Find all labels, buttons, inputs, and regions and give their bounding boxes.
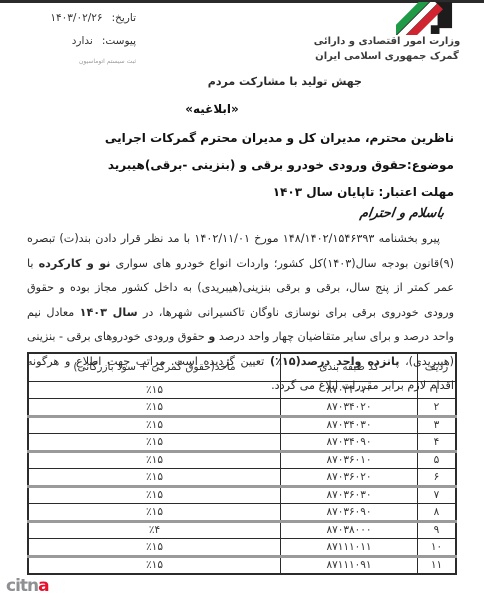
cell-row-number: ۳	[417, 416, 456, 434]
cell-classification-code: ۸۷۰۳۴۰۲۰	[281, 399, 418, 417]
organization-name: گمرک جمهوری اسلامی ایران	[302, 49, 472, 64]
tariff-rates-table: ردیف کد طبقه بندی مأخذ(حقوق گمرکی + سود …	[27, 352, 457, 575]
table-header-row: ردیف کد طبقه بندی مأخذ(حقوق گمرکی + سود …	[28, 353, 456, 381]
subject-line: موضوع:حقوق ورودی خودرو برقی و (بنزینی -ب…	[108, 158, 454, 172]
table-row: ۴۸۷۰۳۴۰۹۰٪۱۵	[28, 434, 456, 452]
validity-line: مهلت اعتبار: تاپایان سال ۱۴۰۳	[273, 185, 454, 199]
cell-classification-code: ۸۷۰۳۶۰۱۰	[281, 451, 418, 469]
table-row: ۹۸۷۰۳۸۰۰۰٪۴	[28, 521, 456, 539]
cell-duty-rate: ٪۱۵	[28, 539, 281, 557]
cell-classification-code: ۸۷۰۳۸۰۰۰	[281, 521, 418, 539]
table-row: ۵۸۷۰۳۶۰۱۰٪۱۵	[28, 451, 456, 469]
body-segment: نو و کارکرده	[39, 257, 111, 270]
cell-row-number: ۵	[417, 451, 456, 469]
cell-classification-code: ۸۷۰۳۴۰۱۰	[281, 381, 418, 399]
cell-row-number: ۱۰	[417, 539, 456, 557]
table-row: ۱۸۷۰۳۴۰۱۰٪۱۵	[28, 381, 456, 399]
cell-classification-code: ۸۷۰۳۶۰۲۰	[281, 469, 418, 487]
body-segment: سال ۱۴۰۳	[80, 306, 138, 319]
date-row: تاریخ:۱۴۰۳/۰۲/۲۶	[0, 12, 136, 24]
cell-classification-code: ۸۷۱۱۱۰۹۱	[281, 556, 418, 574]
cell-row-number: ۱۱	[417, 556, 456, 574]
watermark-text-red: a	[38, 576, 48, 596]
cell-row-number: ۴	[417, 434, 456, 452]
cell-row-number: ۱	[417, 381, 456, 399]
date-label: تاریخ:	[112, 12, 136, 24]
cell-duty-rate: ٪۱۵	[28, 556, 281, 574]
table-row: ۳۸۷۰۳۴۰۳۰٪۱۵	[28, 416, 456, 434]
cell-duty-rate: ٪۱۵	[28, 381, 281, 399]
cell-duty-rate: ٪۱۵	[28, 486, 281, 504]
customs-logo-icon	[396, 2, 454, 35]
cell-duty-rate: ٪۱۵	[28, 451, 281, 469]
cell-row-number: ۲	[417, 399, 456, 417]
issuing-organization: وزارت امور اقتصادی و دارائی گمرک جمهوری …	[302, 34, 472, 64]
table-row: ۱۰۸۷۱۱۱۰۱۱٪۱۵	[28, 539, 456, 557]
body-segment: ۱۴۸/۱۴۰۲/۱۵۴۶۳۹۳	[283, 232, 375, 245]
scanned-customs-circular: وزارت امور اقتصادی و دارائی گمرک جمهوری …	[0, 0, 484, 597]
table-row: ۲۸۷۰۳۴۰۲۰٪۱۵	[28, 399, 456, 417]
cell-row-number: ۷	[417, 486, 456, 504]
addressee-line: ناظرین محترم، مدیران کل و مدیران محترم گ…	[105, 131, 454, 145]
cell-classification-code: ۸۷۰۳۴۰۳۰	[281, 416, 418, 434]
cell-row-number: ۹	[417, 521, 456, 539]
cell-duty-rate: ٪۱۵	[28, 504, 281, 522]
letter-meta: تاریخ:۱۴۰۳/۰۲/۲۶ پیوست:ندارد ثبت سیستم ا…	[0, 12, 136, 65]
ministry-name: وزارت امور اقتصادی و دارائی	[302, 34, 472, 49]
rates-table-body: ۱۸۷۰۳۴۰۱۰٪۱۵۲۸۷۰۳۴۰۲۰٪۱۵۳۸۷۰۳۴۰۳۰٪۱۵۴۸۷۰…	[28, 381, 456, 574]
document-type-title: «ابلاغیه»	[0, 102, 454, 116]
table-row: ۶۸۷۰۳۶۰۲۰٪۱۵	[28, 469, 456, 487]
tariff-table-wrap: ردیف کد طبقه بندی مأخذ(حقوق گمرکی + سود …	[27, 352, 457, 575]
cell-duty-rate: ٪۱۵	[28, 416, 281, 434]
body-segment: مورخ	[250, 232, 283, 245]
table-row: ۸۸۷۰۳۶۰۹۰٪۱۵	[28, 504, 456, 522]
header-cell-row-number: ردیف	[417, 353, 456, 381]
watermark-text-gray: citn	[6, 576, 38, 596]
citna-watermark: citna	[0, 576, 52, 596]
cell-duty-rate: ٪۱۵	[28, 469, 281, 487]
cell-classification-code: ۸۷۰۳۴۰۹۰	[281, 434, 418, 452]
greeting-script: باسلام و احترام	[359, 206, 445, 221]
cell-row-number: ۶	[417, 469, 456, 487]
body-segment: ۱۴۰۲/۱۱/۰۱	[194, 232, 250, 245]
table-row: ۷۸۷۰۳۶۰۳۰٪۱۵	[28, 486, 456, 504]
cell-classification-code: ۸۷۰۳۶۰۹۰	[281, 504, 418, 522]
cell-duty-rate: ٪۱۵	[28, 399, 281, 417]
cell-classification-code: ۸۷۰۳۶۰۳۰	[281, 486, 418, 504]
table-row: ۱۱۸۷۱۱۱۰۹۱٪۱۵	[28, 556, 456, 574]
attachment-label: پیوست:	[102, 35, 136, 47]
header-cell-duty-rate: مأخذ(حقوق گمرکی + سود بازرگانی)	[28, 353, 281, 381]
date-value: ۱۴۰۳/۰۲/۲۶	[50, 12, 102, 24]
year-slogan: جهش تولید با مشارکت مردم	[208, 75, 362, 88]
cell-classification-code: ۸۷۱۱۱۰۱۱	[281, 539, 418, 557]
attachment-value: ندارد	[72, 35, 93, 47]
cell-row-number: ۸	[417, 504, 456, 522]
header-cell-classification-code: کد طبقه بندی	[281, 353, 418, 381]
cell-duty-rate: ٪۱۵	[28, 434, 281, 452]
body-segment: پیرو بخشنامه	[374, 232, 440, 245]
attachment-row: پیوست:ندارد	[0, 35, 136, 47]
cell-duty-rate: ٪۴	[28, 521, 281, 539]
automation-note: ثبت سیستم اتوماسیون	[0, 58, 136, 65]
